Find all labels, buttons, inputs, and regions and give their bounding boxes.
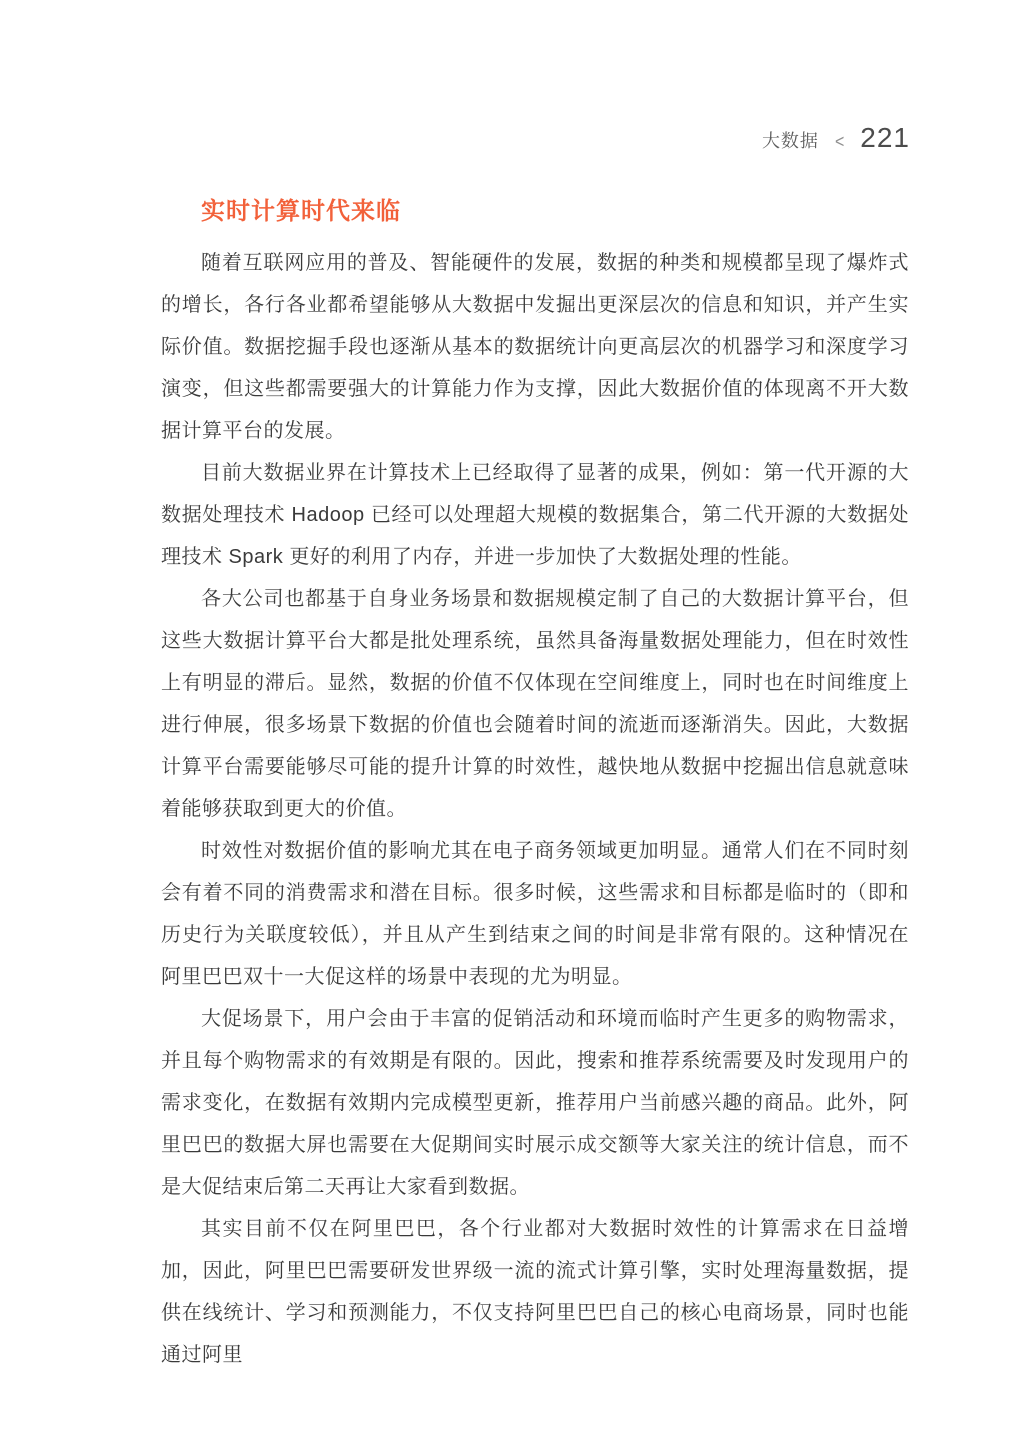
body-paragraph-5: 大促场景下，用户会由于丰富的促销活动和环境而临时产生更多的购物需求，并且每个购物… [161, 998, 909, 1208]
book-page: 大数据 < 221 实时计算时代来临 随着互联网应用的普及、智能硬件的发展，数据… [0, 0, 1031, 1440]
header-section-label: 大数据 [762, 127, 819, 153]
body-paragraph-3: 各大公司也都基于自身业务场景和数据规模定制了自己的大数据计算平台，但这些大数据计… [161, 578, 909, 830]
body-paragraph-4: 时效性对数据价值的影响尤其在电子商务领域更加明显。通常人们在不同时刻会有着不同的… [161, 830, 909, 998]
body-paragraph-6: 其实目前不仅在阿里巴巴，各个行业都对大数据时效性的计算需求在日益增加，因此，阿里… [161, 1208, 909, 1376]
body-paragraph-2: 目前大数据业界在计算技术上已经取得了显著的成果，例如：第一代开源的大数据处理技术… [161, 452, 909, 578]
body-text: 随着互联网应用的普及、智能硬件的发展，数据的种类和规模都呈现了爆炸式的增长，各行… [161, 242, 909, 1376]
page-content: 实时计算时代来临 随着互联网应用的普及、智能硬件的发展，数据的种类和规模都呈现了… [161, 191, 909, 1376]
body-paragraph-1: 随着互联网应用的普及、智能硬件的发展，数据的种类和规模都呈现了爆炸式的增长，各行… [161, 242, 909, 452]
running-header: 大数据 < 221 [762, 122, 910, 154]
section-heading: 实时计算时代来临 [201, 191, 909, 226]
header-separator-chevron: < [835, 133, 844, 154]
header-page-number: 221 [860, 122, 910, 154]
